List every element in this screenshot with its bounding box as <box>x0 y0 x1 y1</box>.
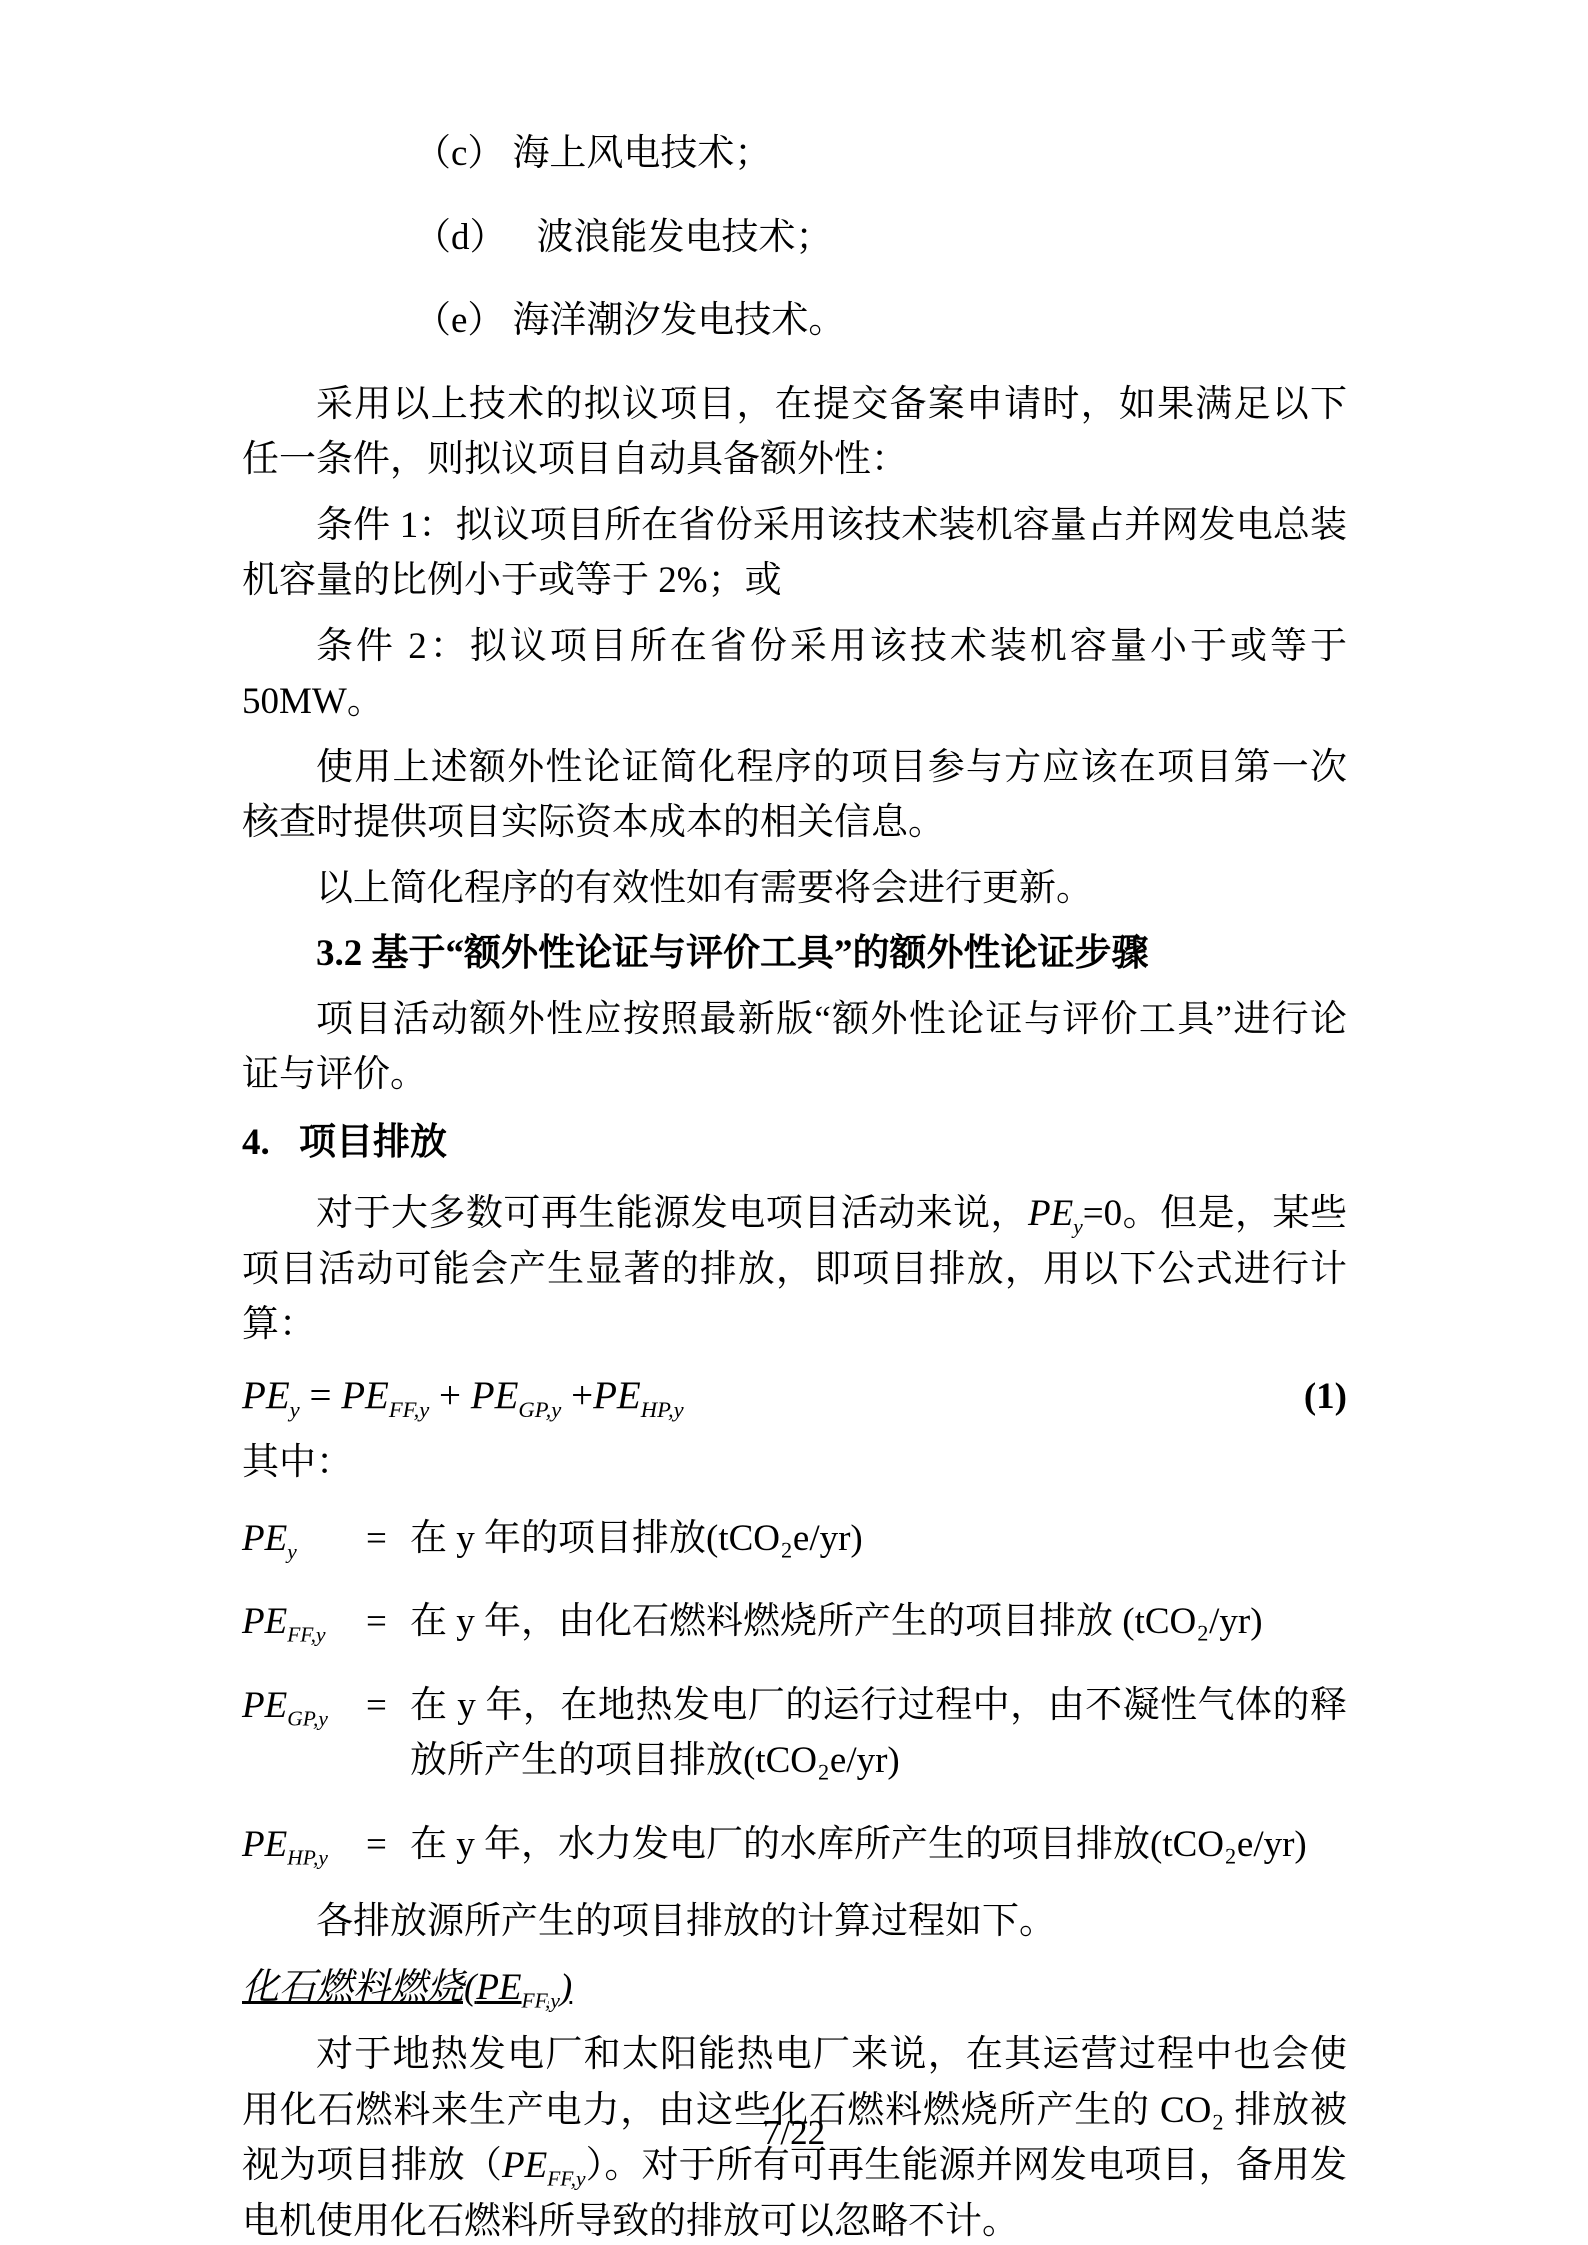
paragraph-validity: 以上简化程序的有效性如有需要将会进行更新。 <box>242 861 1347 917</box>
equals-sign: = <box>366 1594 410 1650</box>
equation-1: PEy = PEFF,y + PEGP,y +PEHP,y (1) <box>242 1367 1347 1426</box>
tech-list-item: （d）波浪能发电技术； <box>414 210 1347 266</box>
document-page: （c）海上风电技术； （d）波浪能发电技术； （e）海洋潮汐发电技术。 采用以上… <box>0 0 1588 2245</box>
definition-term: PEFF,y <box>242 1594 366 1650</box>
list-item-label: 海上风电技术； <box>512 133 771 174</box>
math-term: PEy <box>1028 1193 1083 1234</box>
equals-sign: = <box>366 1817 410 1873</box>
section-title: 项目排放 <box>299 1122 447 1163</box>
section-3-2-body: 项目活动额外性应按照最新版“额外性论证与评价工具”进行论证与评价。 <box>242 992 1347 1103</box>
definition-term: PEHP,y <box>242 1817 366 1873</box>
equation-formula: PEy = PEFF,y + PEGP,y +PEHP,y <box>242 1367 684 1426</box>
definition-description: 在 y 年的项目排放(tCO₂e/yr) <box>410 1511 1347 1567</box>
definition-term: PEGP,y <box>242 1678 366 1734</box>
tech-list: （c）海上风电技术； （d）波浪能发电技术； （e）海洋潮汐发电技术。 <box>242 126 1347 349</box>
definition-row: PEFF,y = 在 y 年，由化石燃料燃烧所产生的项目排放 (tCO₂/yr) <box>242 1594 1347 1650</box>
paragraph-condition-2: 条件 2：拟议项目所在省份采用该技术装机容量小于或等于 50MW。 <box>242 619 1347 730</box>
definition-description: 在 y 年，由化石燃料燃烧所产生的项目排放 (tCO₂/yr) <box>410 1594 1347 1650</box>
definition-description: 在 y 年，在地热发电厂的运行过程中，由不凝性气体的释放所产生的项目排放(tCO… <box>410 1678 1347 1789</box>
section-3-2-heading: 3.2 基于“额外性论证与评价工具”的额外性论证步骤 <box>242 926 1347 982</box>
section-4-heading: 4.项目排放 <box>242 1115 1347 1171</box>
definitions-list: PEy = 在 y 年的项目排放(tCO₂e/yr) PEFF,y = 在 y … <box>242 1511 1347 1873</box>
page-number: 7/22 <box>0 2107 1588 2160</box>
intro-text-pre: 对于大多数可再生能源发电项目活动来说， <box>316 1193 1028 1234</box>
fossil-fuel-heading-text: 化石燃料燃烧(PEFF,y) <box>242 1967 572 2008</box>
paragraph-condition-1: 条件 1：拟议项目所在省份采用该技术装机容量占并网发电总装机容量的比例小于或等于… <box>242 498 1347 609</box>
list-item-label: 海洋潮汐发电技术。 <box>512 300 845 341</box>
section-4-intro: 对于大多数可再生能源发电项目活动来说，PEy=0。但是，某些项目活动可能会产生显… <box>242 1186 1347 1353</box>
definition-term: PEy <box>242 1511 366 1567</box>
definition-row: PEy = 在 y 年的项目排放(tCO₂e/yr) <box>242 1511 1347 1567</box>
equals-sign: = <box>366 1511 410 1567</box>
fossil-fuel-heading: 化石燃料燃烧(PEFF,y) <box>242 1960 1347 2016</box>
paragraph-intro: 采用以上技术的拟议项目，在提交备案申请时，如果满足以下任一条件，则拟议项目自动具… <box>242 377 1347 488</box>
tech-list-item: （c）海上风电技术； <box>414 126 1347 182</box>
equals-sign: = <box>366 1678 410 1734</box>
definition-row: PEHP,y = 在 y 年，水力发电厂的水库所产生的项目排放(tCO₂e/yr… <box>242 1817 1347 1873</box>
tech-list-item: （e）海洋潮汐发电技术。 <box>414 293 1347 349</box>
calculation-note: 各排放源所产生的项目排放的计算过程如下。 <box>242 1894 1347 1950</box>
list-marker: （d） <box>414 217 507 258</box>
paragraph-verification: 使用上述额外性论证简化程序的项目参与方应该在项目第一次核查时提供项目实际资本成本… <box>242 740 1347 851</box>
equation-number: (1) <box>1304 1369 1347 1425</box>
list-marker: （c） <box>414 133 504 174</box>
definition-row: PEGP,y = 在 y 年，在地热发电厂的运行过程中，由不凝性气体的释放所产生… <box>242 1678 1347 1789</box>
section-number: 4. <box>242 1115 299 1171</box>
list-item-label: 波浪能发电技术； <box>537 217 833 258</box>
list-marker: （e） <box>414 300 504 341</box>
where-label: 其中： <box>242 1435 1347 1491</box>
definition-description: 在 y 年，水力发电厂的水库所产生的项目排放(tCO₂e/yr) <box>410 1817 1347 1873</box>
